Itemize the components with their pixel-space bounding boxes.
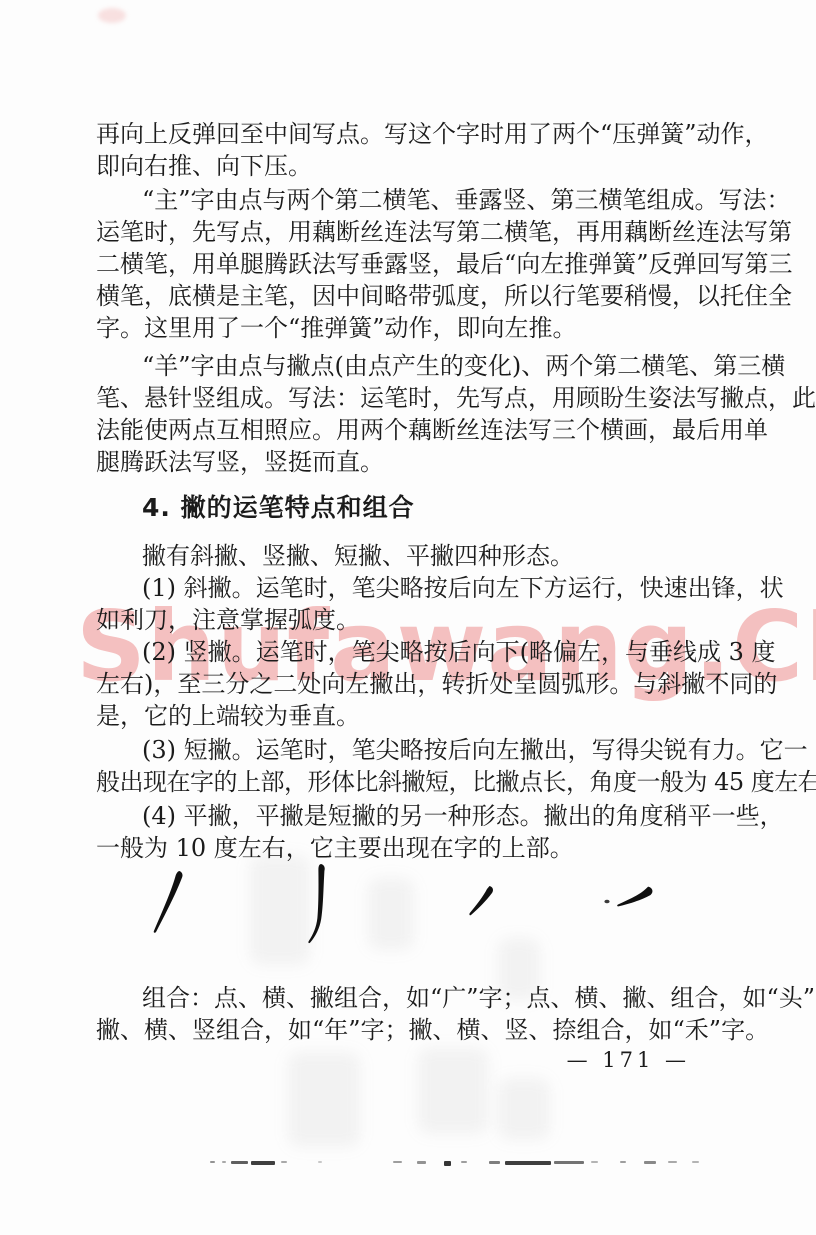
text-line: 再向上反弹回至中间写点。写这个字时用了两个“压弹簧”动作，: [96, 118, 752, 150]
paragraph-spring-action: 再向上反弹回至中间写点。写这个字时用了两个“压弹簧”动作， 即向右推、向下压。: [96, 118, 752, 182]
text-line: “主”字由点与两个第二横笔、垂露竖、第三横笔组成。写法：: [96, 184, 752, 216]
scanned-book-page: Shufawang.CN 再向上反弹回至中间写点。写这个字时用了两个“压弹簧”动…: [0, 0, 816, 1235]
text-line: (4) 平撇，平撇是短撇的另一种形态。撇出的角度稍平一些，: [96, 800, 752, 832]
text-line: (3) 短撇。运笔时，笔尖略按后向左撇出，写得尖锐有力。它一: [96, 734, 752, 766]
text-line: 二横笔，用单腿腾跃法写垂露竖，最后“向左推弹簧”反弹回写第三: [96, 248, 752, 280]
flat-pie-stroke-icon: [616, 886, 654, 907]
text-line: (1) 斜撇。运笔时，笔尖略按后向左下方运行，快速出锋，状: [96, 572, 752, 604]
slanted-pie-stroke-icon: [152, 868, 184, 936]
text-line: 是，它的上端较为垂直。: [96, 700, 752, 732]
text-line: 般出现在字的上部，形体比斜撇短，比撇点长，角度一般为 45 度左右。: [96, 766, 752, 798]
flat-pie-dot-speck: [604, 899, 610, 904]
short-pie-stroke-icon: [468, 886, 494, 916]
text-line: 字。这里用了一个“推弹簧”动作，即向左推。: [96, 312, 752, 344]
paragraph-short-pie: (3) 短撇。运笔时，笔尖略按后向左撇出，写得尖锐有力。它一 般出现在字的上部，…: [96, 734, 752, 798]
text-line: 腿腾跃法写竖，竖挺而直。: [96, 446, 752, 478]
text-line: (2) 竖撇。运笔时，笔尖略按后向下(略偏左，与垂线成 3 度: [96, 636, 752, 668]
text-line: “羊”字由点与撇点(由点产生的变化)、两个第二横笔、第三横: [96, 350, 752, 382]
section-heading: 4. 撇的运笔特点和组合: [96, 492, 798, 524]
stroke-specimen-row: [0, 856, 816, 976]
text-line: 撇、横、竖组合，如“年”字；撇、横、竖、捺组合，如“禾”字。: [96, 1014, 752, 1046]
text-line: 左右)，至三分之二处向左撇出，转折处呈圆弧形。与斜撇不同的: [96, 668, 752, 700]
text-line: 即向右推、向下压。: [96, 150, 752, 182]
paragraph-flat-pie: (4) 平撇，平撇是短撇的另一种形态。撇出的角度稍平一些， 一般为 10 度左右…: [96, 800, 752, 864]
vertical-pie-stroke-icon: [308, 864, 328, 944]
text-line: 如利刀，注意掌握弧度。: [96, 604, 752, 636]
scan-ink-speck: [98, 8, 126, 23]
paragraph-zhu-character: “主”字由点与两个第二横笔、垂露竖、第三横笔组成。写法： 运笔时，先写点，用藕断…: [96, 184, 752, 344]
text-line: 撇有斜撇、竖撇、短撇、平撇四种形态。: [96, 540, 752, 572]
paragraph-slanted-pie: (1) 斜撇。运笔时，笔尖略按后向左下方运行，快速出锋，状 如利刀，注意掌握弧度…: [96, 572, 752, 636]
text-line: 笔、悬针竖组成。写法：运笔时，先写点，用顾盼生姿法写撇点，此: [96, 382, 752, 414]
page-number: — 171 —: [0, 1048, 690, 1072]
paragraph-vertical-pie: (2) 竖撇。运笔时，笔尖略按后向下(略偏左，与垂线成 3 度 左右)，至三分之…: [96, 636, 752, 732]
text-line: 组合：点、横、撇组合，如“广”字；点、横、撇、组合，如“头”字；: [96, 982, 752, 1014]
scan-edge-artifact: [0, 1159, 816, 1167]
bleedthrough-ghost: [498, 1078, 550, 1140]
paragraph-yang-character: “羊”字由点与撇点(由点产生的变化)、两个第二横笔、第三横 笔、悬针竖组成。写法…: [96, 350, 752, 478]
paragraph-combinations: 组合：点、横、撇组合，如“广”字；点、横、撇、组合，如“头”字； 撇、横、竖组合…: [96, 982, 752, 1046]
text-line: 运笔时，先写点，用藕断丝连法写第二横笔，再用藕断丝连法写第: [96, 216, 752, 248]
text-line: 法能使两点互相照应。用两个藕断丝连法写三个横画，最后用单: [96, 414, 752, 446]
text-line: 横笔，底横是主笔，因中间略带弧度，所以行笔要稍慢，以托住全: [96, 280, 752, 312]
paragraph-pie-forms: 撇有斜撇、竖撇、短撇、平撇四种形态。: [96, 540, 752, 572]
